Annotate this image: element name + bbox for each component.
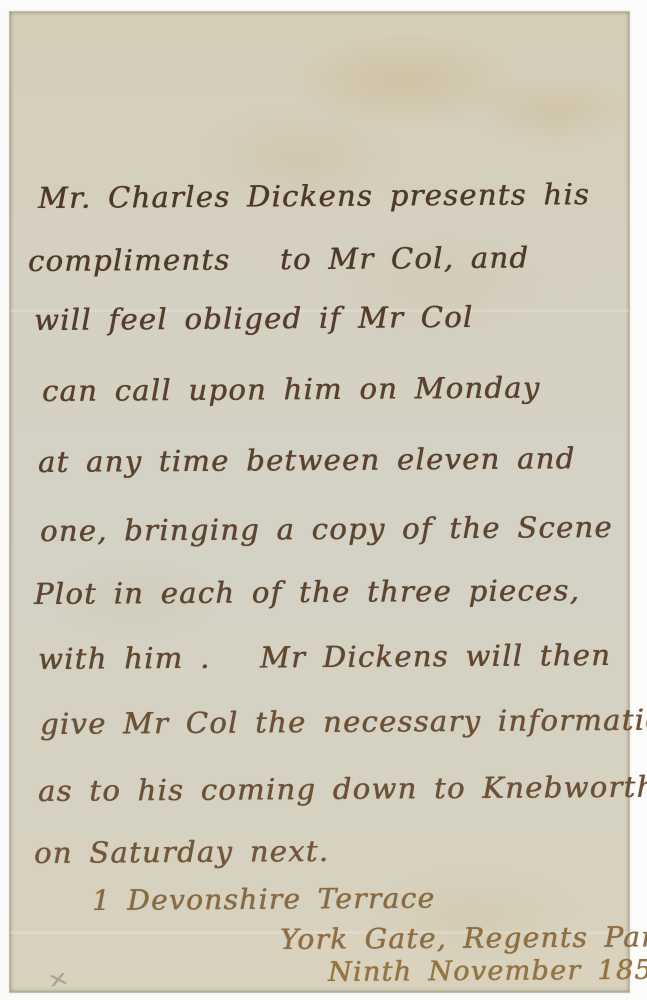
- scanned-letter: Mr. Charles Dickens presents his complim…: [0, 0, 647, 1000]
- letter-line-9: give Mr Col the necessary information: [40, 705, 647, 741]
- letter-line-8: with him . Mr Dickens will then: [38, 640, 611, 676]
- letter-line-1: Mr. Charles Dickens presents his: [38, 179, 590, 215]
- letter-line-10: as to his coming down to Knebworth: [38, 772, 647, 808]
- letter-line-address: 1 Devonshire Terrace: [92, 884, 436, 917]
- letter-line-2: compliments to Mr Col, and: [28, 243, 529, 278]
- letter-line-7: Plot in each of the three pieces,: [34, 575, 580, 611]
- letter-line-11: on Saturday next.: [34, 836, 330, 870]
- letter-line-date: Ninth November 1850.: [328, 956, 647, 988]
- letter-line-5: at any time between eleven and: [38, 443, 576, 479]
- letter-line-6: one, bringing a copy of the Scene: [40, 512, 613, 548]
- letter-line-4: can call upon him on Monday: [42, 373, 541, 408]
- letter-line-address-2: York Gate, Regents Park: [280, 922, 647, 956]
- letter-line-3: will feel obliged if Mr Col: [34, 302, 474, 337]
